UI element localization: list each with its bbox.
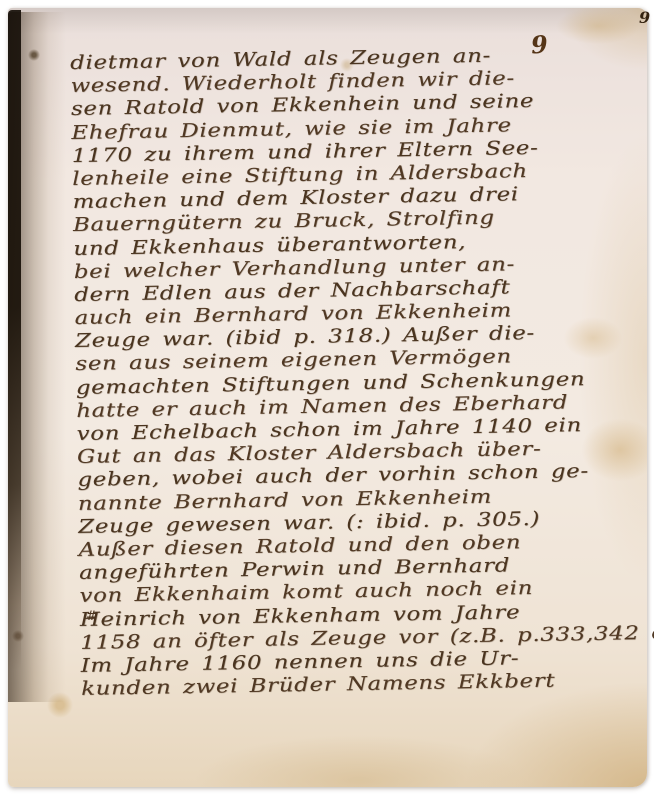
binding-edge — [8, 10, 21, 670]
book-page: 9 9 dietmar von Wald als Zeugen an-wesen… — [8, 8, 647, 787]
corner-page-number: 9 — [639, 8, 650, 27]
insertion-mark: # — [86, 609, 97, 624]
scanned-book-photo: 9 9 dietmar von Wald als Zeugen an-wesen… — [0, 0, 654, 800]
manuscript-text: dietmar von Wald als Zeugen an-wesend. W… — [70, 43, 601, 701]
